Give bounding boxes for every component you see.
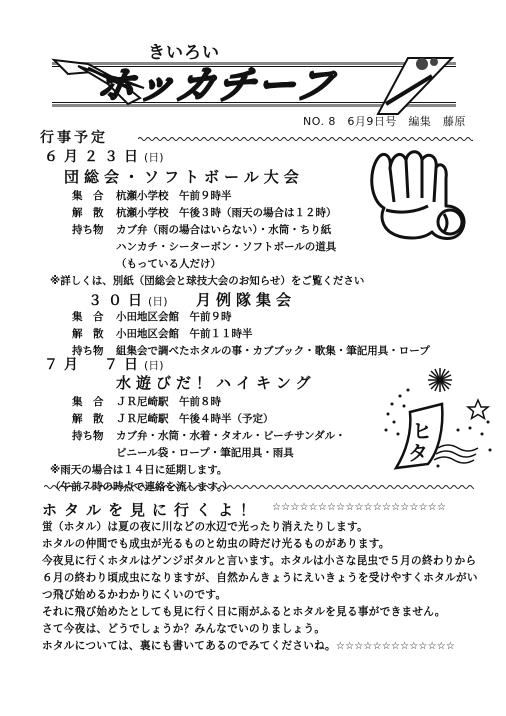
event-row-dismiss: 解 散杭瀬小学校 午後３時（雨天の場合は１２時）: [72, 205, 337, 220]
wavy-divider: [44, 484, 474, 490]
event-date-text: ３０日: [88, 293, 148, 309]
wavy-divider: [138, 136, 473, 142]
decorative-stars: ☆☆☆☆☆☆☆☆☆☆☆☆☆: [336, 641, 455, 652]
event-title: 水遊びだ！ハイキング: [116, 372, 316, 393]
event-date-text: ７月 ７日: [44, 357, 144, 373]
issue-info: NO. 8 6月9日号 編集 藤原: [303, 113, 466, 129]
event-row-dismiss: 解 散ＪＲ尼崎駅 午後４時半（予定）: [72, 411, 274, 426]
event-dow: (日): [148, 295, 168, 308]
event-row-items-cont: ビニール袋・ロープ・筆記用具・雨具: [72, 445, 294, 460]
event-row-items: 持ち物カブ弁・水筒・水着・タオル・ビーチサンダル・: [72, 428, 346, 443]
tanabata-text-hi: ヒ: [412, 419, 432, 443]
event-date: ７月 ７日(日): [44, 354, 164, 374]
hotaru-title: ホタルを見に行くよ！: [42, 499, 262, 520]
event-dow: (日): [144, 359, 164, 372]
tanabata-text-ta: タ: [408, 441, 428, 465]
event-note: ※詳しくは、別紙（団総会と球技大会のお知らせ）をご覧ください: [50, 273, 364, 288]
hotaru-paragraph: さて今夜は、どうでしょうか？みんなでいのりましょう。: [42, 621, 325, 636]
event-date: ３０日(日): [88, 290, 168, 310]
event-date: ６月２３日(日): [44, 146, 164, 166]
hotaru-paragraph: それに飛び始めたとしても見に行く日に雨がふるとホタルを見る事ができません。: [42, 604, 446, 619]
event-note: ※雨天の場合は１４日に延期します。: [50, 462, 227, 477]
hotaru-paragraph: ホタルの仲間でも成虫が光るものと幼虫の時だけ光るものがあります。: [42, 536, 390, 551]
event-row-items-cont: ハンカチ・シーターボン・ソフトボールの道具: [72, 239, 336, 254]
event-title: 月例隊集会: [196, 289, 296, 310]
event-row-assemble: 集 合杭瀬小学校 午前９時半: [72, 188, 232, 203]
hotaru-paragraph: 今夜見に行くホタルはゲンジボタルと言います。ホタルは小さな昆虫で５月の終わりから: [42, 553, 476, 568]
event-row-items: 持ち物カブ弁（雨の場合はいらない）・水筒・ちり紙: [72, 222, 331, 237]
hotaru-paragraph-last: ホタルについては、裏にも書いてあるのでみてくださいね。☆☆☆☆☆☆☆☆☆☆☆☆☆: [42, 638, 455, 653]
event-row-dismiss: 解 散小田地区会館 午前１１時半: [72, 326, 253, 341]
logo-title: ホッカチーフ: [92, 54, 342, 109]
event-row-items-cont: （もっている人だけ）: [72, 256, 221, 271]
event-row-assemble: 集 合ＪＲ尼崎駅 午前８時: [72, 394, 221, 409]
hotaru-paragraph: 蛍（ホタル）は夏の夜に川などの水辺で光ったり消えたりします。: [42, 519, 368, 534]
section-title-schedule: 行事予定: [40, 127, 108, 147]
event-dow: (日): [144, 151, 164, 164]
baseball-glove-icon: [366, 148, 474, 248]
hotaru-paragraph: つ飛び始めるかわかりにくいのです。: [42, 587, 226, 602]
hotaru-paragraph: ６月の終わり頃成虫になりますが、自然かんきょうにえいきょうを受けやすくホタルがい: [42, 570, 478, 585]
tanabata-icon: ヒ タ: [378, 360, 498, 470]
event-row-assemble: 集 合小田地区会館 午前９時: [72, 309, 232, 324]
event-date-text: ６月２３日: [44, 149, 144, 165]
event-title: 団総会・ソフトボール大会: [64, 166, 304, 187]
hotaru-paragraph-text: ホタルについては、裏にも書いてあるのでみてくださいね。: [42, 640, 336, 652]
decorative-stars: ☆☆☆☆☆☆☆☆☆☆☆☆☆☆☆☆☆☆☆: [272, 502, 446, 513]
